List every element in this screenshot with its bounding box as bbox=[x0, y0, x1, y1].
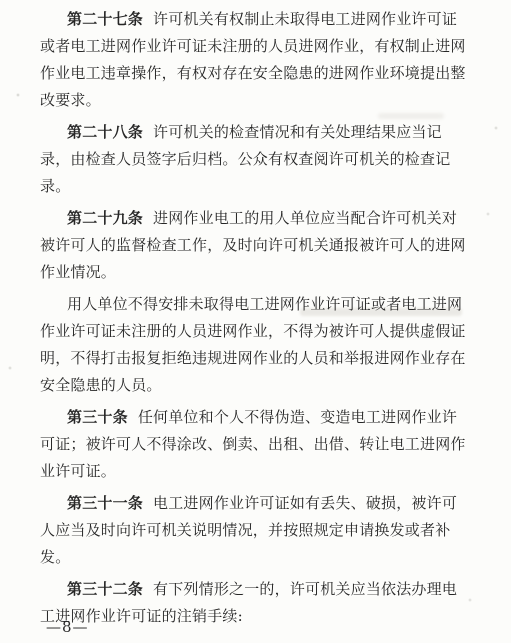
text-line: 录。 bbox=[40, 173, 467, 200]
paragraph: 用人单位不得安排未取得电工进网作业许可证或者电工进网作业许可证未注册的人员进网作… bbox=[40, 291, 467, 399]
text-line: 明，不得打击报复拒绝违规进网作业的人员和举报进网作业存在 bbox=[40, 345, 467, 372]
text-line: 录，由检查人员签字后归档。公众有权查阅许可机关的检查记 bbox=[40, 146, 467, 173]
paragraph: 第二十九条进网作业电工的用人单位应当配合许可机关对被许可人的监督检查工作，及时向… bbox=[40, 205, 467, 286]
paragraph-first-line: 第三十条任何单位和个人不得伪造、变造电工进网作业许 bbox=[40, 404, 467, 431]
paragraph-first-line: 第三十一条电工进网作业许可证如有丢失、破损，被许可 bbox=[40, 490, 467, 517]
text-line: 安全隐患的人员。 bbox=[40, 372, 467, 399]
paragraph: 第三十条任何单位和个人不得伪造、变造电工进网作业许可证；被许可人不得涂改、倒卖、… bbox=[40, 404, 467, 485]
paragraph: 第二十七条许可机关有权制止未取得电工进网作业许可证或者电工进网作业许可证未注册的… bbox=[40, 6, 467, 114]
article-number-heading: 第三十条 bbox=[67, 408, 128, 426]
paragraph: 第三十二条有下列情形之一的，许可机关应当依法办理电工进网作业许可证的注销手续: bbox=[40, 576, 467, 630]
first-line-text: 进网作业电工的用人单位应当配合许可机关对 bbox=[153, 209, 457, 227]
text-line: 工进网作业许可证的注销手续: bbox=[40, 603, 467, 630]
article-number-heading: 第二十八条 bbox=[67, 123, 143, 141]
paragraph-first-line: 第二十八条许可机关的检查情况和有关处理结果应当记 bbox=[40, 119, 467, 146]
document-body: 第二十七条许可机关有权制止未取得电工进网作业许可证或者电工进网作业许可证未注册的… bbox=[40, 6, 467, 635]
first-line-text: 许可机关有权制止未取得电工进网作业许可证 bbox=[153, 10, 457, 28]
text-line: 作业电工违章操作，有权对存在安全隐患的进网作业环境提出整 bbox=[40, 60, 467, 87]
first-line-text: 有下列情形之一的，许可机关应当依法办理电 bbox=[153, 580, 457, 598]
page-number: —8— bbox=[46, 618, 89, 636]
paragraph-first-line: 第二十七条许可机关有权制止未取得电工进网作业许可证 bbox=[40, 6, 467, 33]
text-line: 被许可人的监督检查工作，及时向许可机关通报被许可人的进网 bbox=[40, 232, 467, 259]
first-line-text: 许可机关的检查情况和有关处理结果应当记 bbox=[153, 123, 442, 141]
text-line: 发。 bbox=[40, 544, 467, 571]
paragraph-first-line: 第二十九条进网作业电工的用人单位应当配合许可机关对 bbox=[40, 205, 467, 232]
article-number-heading: 第二十七条 bbox=[67, 10, 143, 28]
text-line: 业许可证。 bbox=[40, 458, 467, 485]
paragraph: 第三十一条电工进网作业许可证如有丢失、破损，被许可人应当及时向许可机关说明情况，… bbox=[40, 490, 467, 571]
first-line-text: 电工进网作业许可证如有丢失、破损，被许可 bbox=[153, 494, 457, 512]
scanned-document-page: { "page": { "number_label": "—8—", "pape… bbox=[0, 0, 511, 643]
text-line: 改要求。 bbox=[40, 87, 467, 114]
text-line: 作业情况。 bbox=[40, 259, 467, 286]
text-line: 可证；被许可人不得涂改、倒卖、出租、出借、转让电工进网作 bbox=[40, 431, 467, 458]
text-line: 作业许可证未注册的人员进网作业，不得为被许可人提供虚假证 bbox=[40, 318, 467, 345]
article-number-heading: 第二十九条 bbox=[67, 209, 143, 227]
paragraph-first-line: 第三十二条有下列情形之一的，许可机关应当依法办理电 bbox=[40, 576, 467, 603]
first-line-text: 任何单位和个人不得伪造、变造电工进网作业许 bbox=[138, 408, 457, 426]
paragraph-first-line: 用人单位不得安排未取得电工进网作业许可证或者电工进网 bbox=[40, 291, 467, 318]
text-line: 人应当及时向许可机关说明情况，并按照规定申请换发或者补 bbox=[40, 517, 467, 544]
article-number-heading: 第三十二条 bbox=[67, 580, 143, 598]
text-line: 或者电工进网作业许可证未注册的人员进网作业，有权制止进网 bbox=[40, 33, 467, 60]
first-line-text: 用人单位不得安排未取得电工进网作业许可证或者电工进网 bbox=[67, 295, 462, 313]
article-number-heading: 第三十一条 bbox=[67, 494, 143, 512]
paragraph: 第二十八条许可机关的检查情况和有关处理结果应当记录，由检查人员签字后归档。公众有… bbox=[40, 119, 467, 200]
